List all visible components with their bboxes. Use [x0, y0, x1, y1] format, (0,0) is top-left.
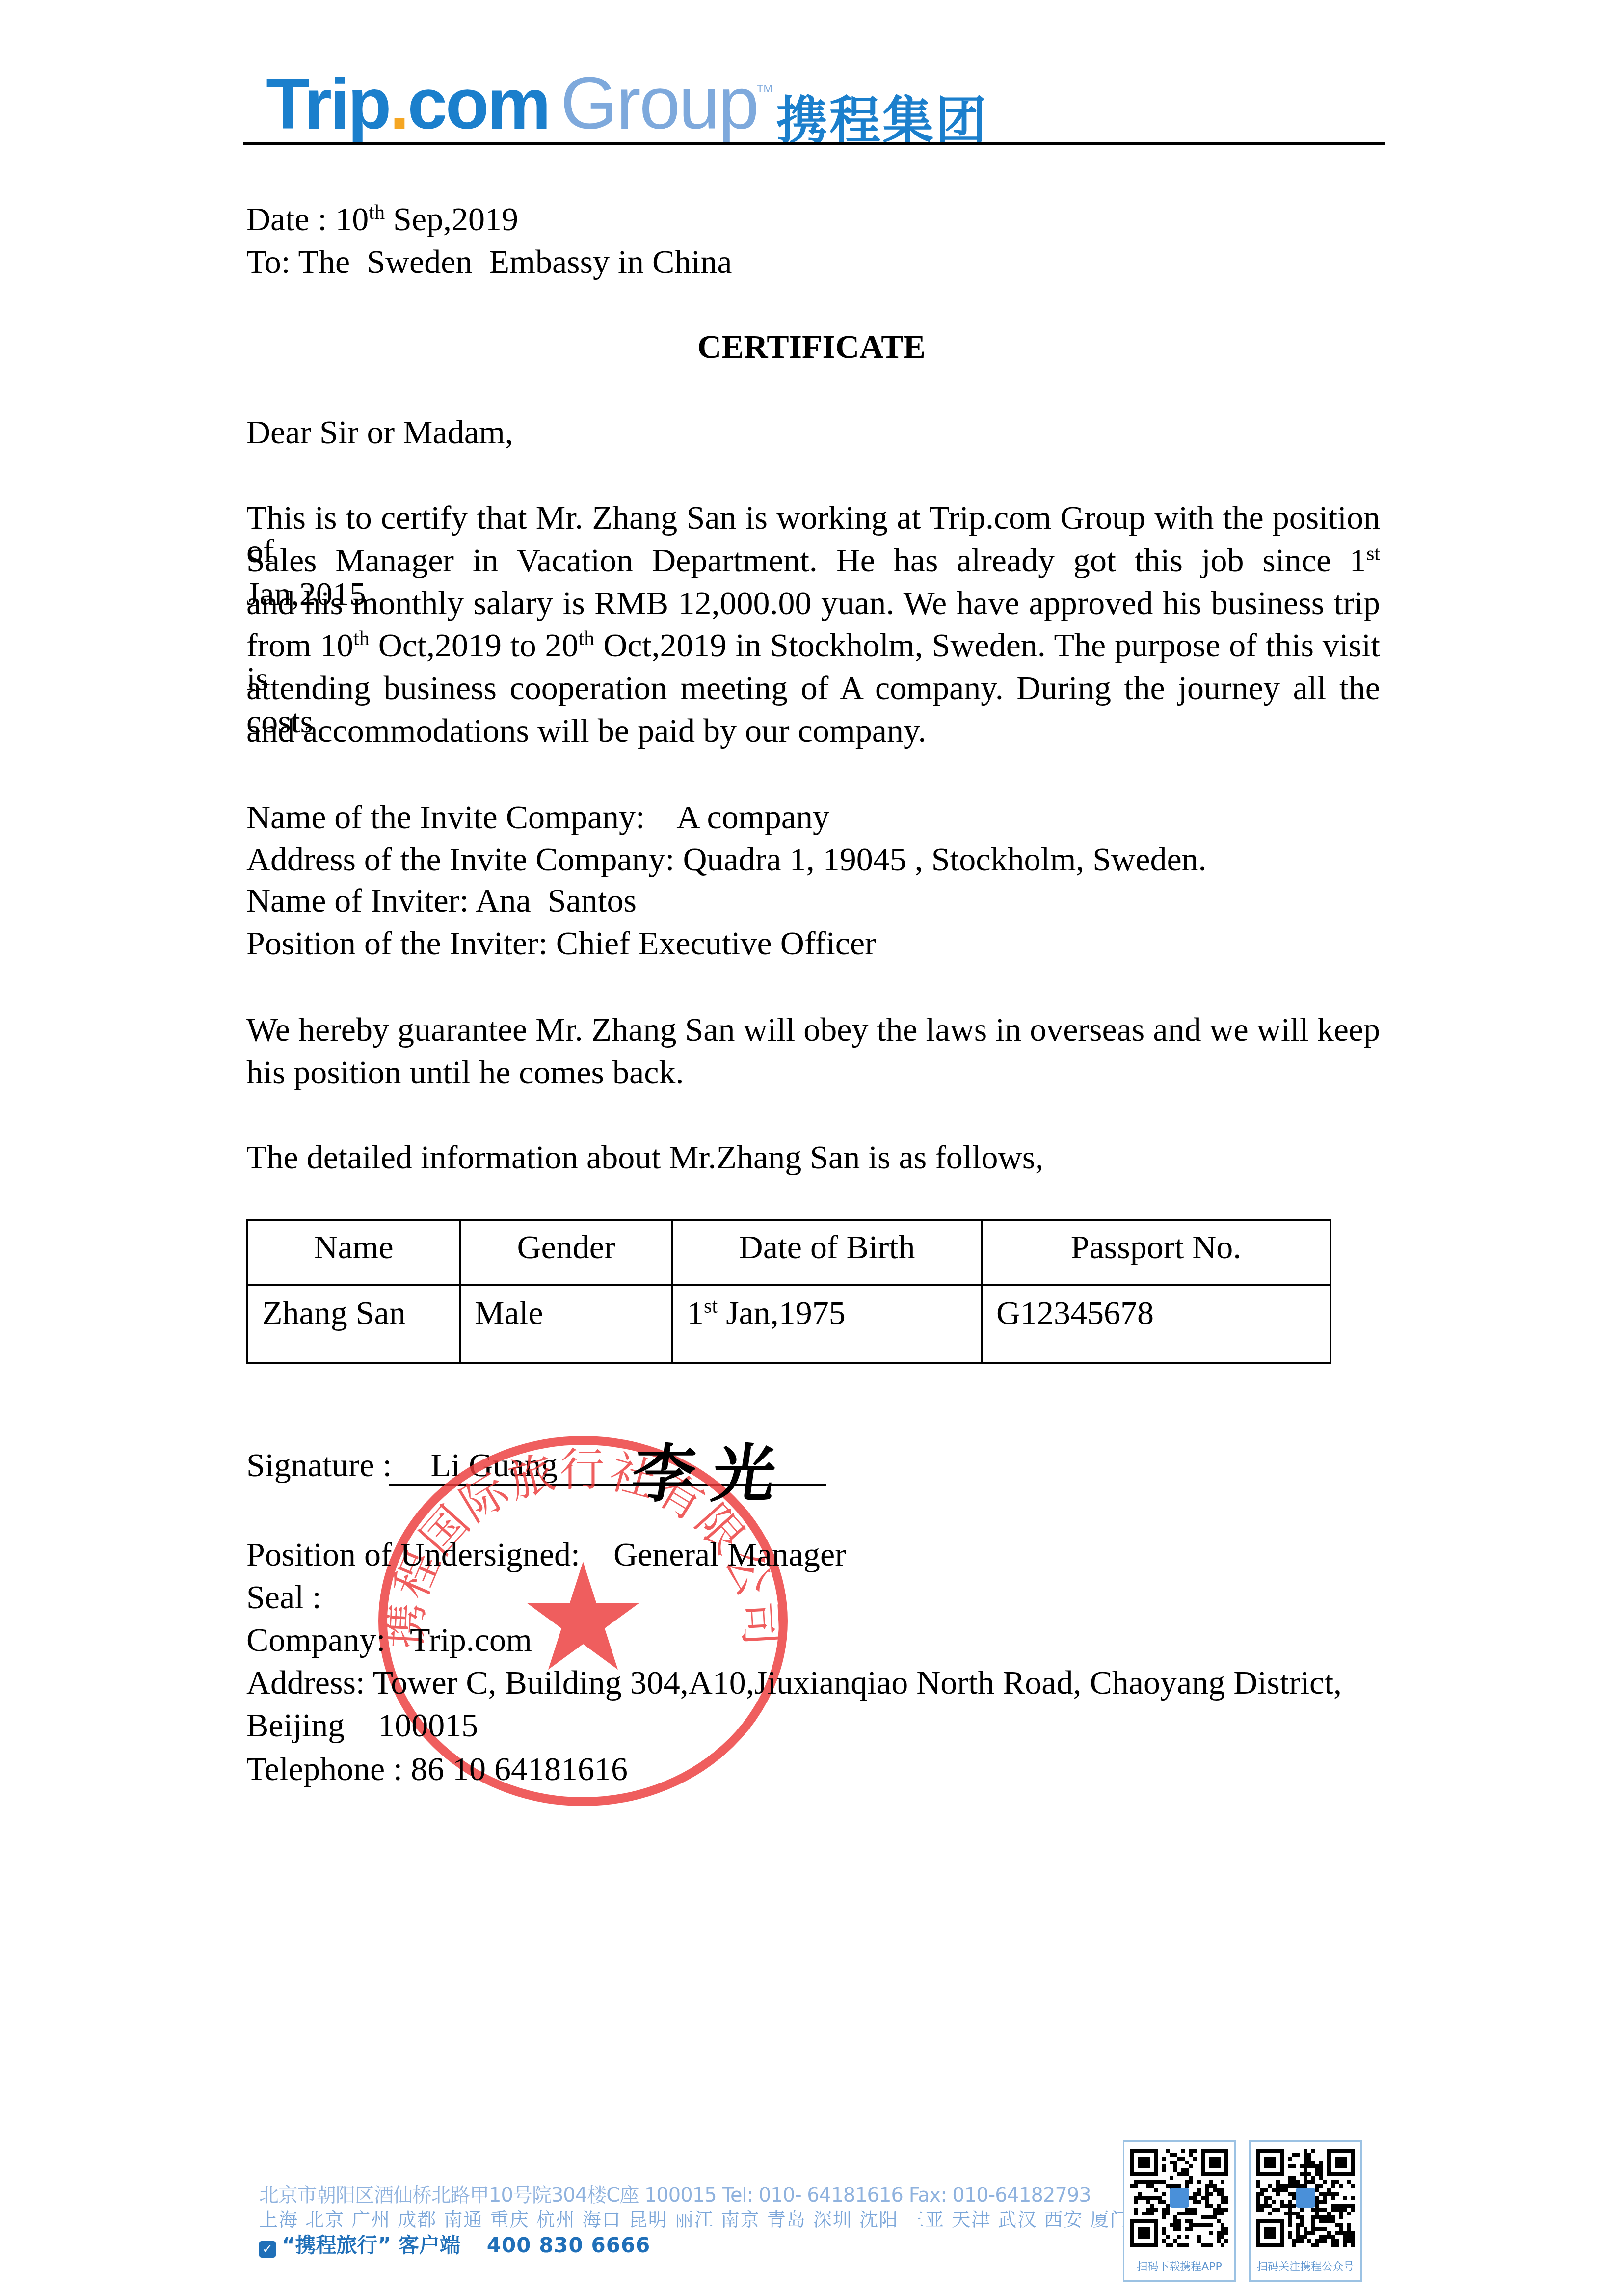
dob-rest: Jan,1975 [718, 1294, 846, 1331]
qr-follow-account[interactable]: 扫码关注携程公众号 [1249, 2140, 1362, 2282]
date-label: Date : [246, 200, 335, 238]
salutation: Dear Sir or Madam, [246, 415, 513, 449]
signature-label: Signature : [246, 1446, 400, 1484]
invite-company-address: Address of the Invite Company: Quadra 1,… [246, 842, 1207, 876]
qr-code-icon [1256, 2149, 1355, 2247]
logo-dot: . [390, 64, 408, 144]
certificate-page: Trip.com Group TM 携程集团 Date : 10th Sep,2… [0, 0, 1623, 2296]
guarantee-line-2: his position until he comes back. [246, 1055, 684, 1089]
header-gender: Gender [460, 1220, 672, 1285]
seal-label: Seal : [246, 1580, 321, 1614]
company-address-line-2: Beijing 100015 [246, 1708, 478, 1742]
ordinal-suffix: st [1366, 542, 1380, 565]
date-rest: Sep,2019 [385, 200, 518, 238]
inviter-position: Position of the Inviter: Chief Executive… [246, 926, 876, 960]
table-row: Zhang San Male 1st Jan,1975 G12345678 [247, 1285, 1330, 1363]
footer-app-hotline: ✓“携程旅行” 客户端400 830 6666 [259, 2235, 650, 2258]
cell-name: Zhang San [247, 1285, 460, 1363]
ordinal-suffix: th [579, 627, 595, 650]
signatory-name: Li Guang [431, 1446, 558, 1484]
qr-download-app[interactable]: 扫码下载携程APP [1123, 2140, 1236, 2282]
guarantee-line-1: We hereby guarantee Mr. Zhang San will o… [246, 1013, 1380, 1046]
trip-end-prefix: Oct,2019 to 20 [370, 626, 579, 664]
logo-group: Group [560, 61, 758, 146]
qr-code-icon [1130, 2149, 1228, 2247]
dob-day: 1 [687, 1294, 704, 1331]
cell-gender: Male [460, 1285, 672, 1363]
table-header-row: Name Gender Date of Birth Passport No. [247, 1220, 1330, 1285]
header-divider [243, 142, 1385, 145]
personal-info-table: Name Gender Date of Birth Passport No. Z… [246, 1219, 1331, 1364]
header-name: Name [247, 1220, 460, 1285]
logo-trip-com: Trip.com [266, 63, 549, 145]
cell-passport-no: G12345678 [982, 1285, 1330, 1363]
body-line-6: and accommodations will be paid by our c… [246, 714, 926, 747]
company-name: Company: Trip.com [246, 1623, 532, 1656]
inviter-name: Name of Inviter: Ana Santos [246, 884, 637, 917]
trip-start-prefix: from 10 [246, 626, 353, 664]
details-intro: The detailed information about Mr.Zhang … [246, 1140, 1043, 1174]
ordinal-suffix: st [704, 1295, 718, 1318]
body-line-3: and his monthly salary is RMB 12,000.00 … [246, 586, 1380, 620]
company-address-line-1: Address: Tower C, Building 304,A10,Jiuxi… [246, 1666, 1342, 1699]
invite-company-name: Name of the Invite Company: A company [246, 800, 829, 834]
body-line-2-text: Sales Manager in Vacation Department. He… [246, 541, 1366, 579]
header-date-of-birth: Date of Birth [672, 1220, 982, 1285]
footer-address: 北京市朝阳区酒仙桥北路甲10号院304楼C座 100015 Tel: 010- … [259, 2186, 1091, 2205]
logo-trademark: TM [757, 82, 772, 95]
date-day: 10 [335, 200, 369, 238]
ctrip-app-icon: ✓ [259, 2241, 276, 2258]
letter-date: Date : 10th Sep,2019 [246, 202, 518, 236]
footer-hotline: 400 830 6666 [487, 2233, 650, 2257]
signature-row: Signature : Li Guang [246, 1448, 558, 1482]
cell-date-of-birth: 1st Jan,1975 [672, 1285, 982, 1363]
logo-com: com [407, 64, 549, 144]
undersigned-position: Position of Undersigned: General Manager [246, 1538, 846, 1571]
qr-caption: 扫码下载携程APP [1124, 2258, 1234, 2273]
footer-app-label: “携程旅行” 客户端 [282, 2233, 460, 2257]
header-passport-no: Passport No. [982, 1220, 1330, 1285]
footer-cities: 上海 北京 广州 成都 南通 重庆 杭州 海口 昆明 丽江 南京 青岛 深圳 沈… [259, 2210, 1176, 2229]
certificate-title: CERTIFICATE [0, 330, 1623, 363]
date-suffix: th [369, 201, 385, 224]
company-telephone: Telephone : 86 10 64181616 [246, 1752, 628, 1785]
logo-trip: Trip [266, 64, 390, 144]
qr-caption: 扫码关注携程公众号 [1251, 2258, 1360, 2273]
handwritten-signature: 李光 [627, 1424, 800, 1514]
ordinal-suffix: th [353, 627, 370, 650]
letter-recipient: To: The Sweden Embassy in China [246, 245, 732, 278]
